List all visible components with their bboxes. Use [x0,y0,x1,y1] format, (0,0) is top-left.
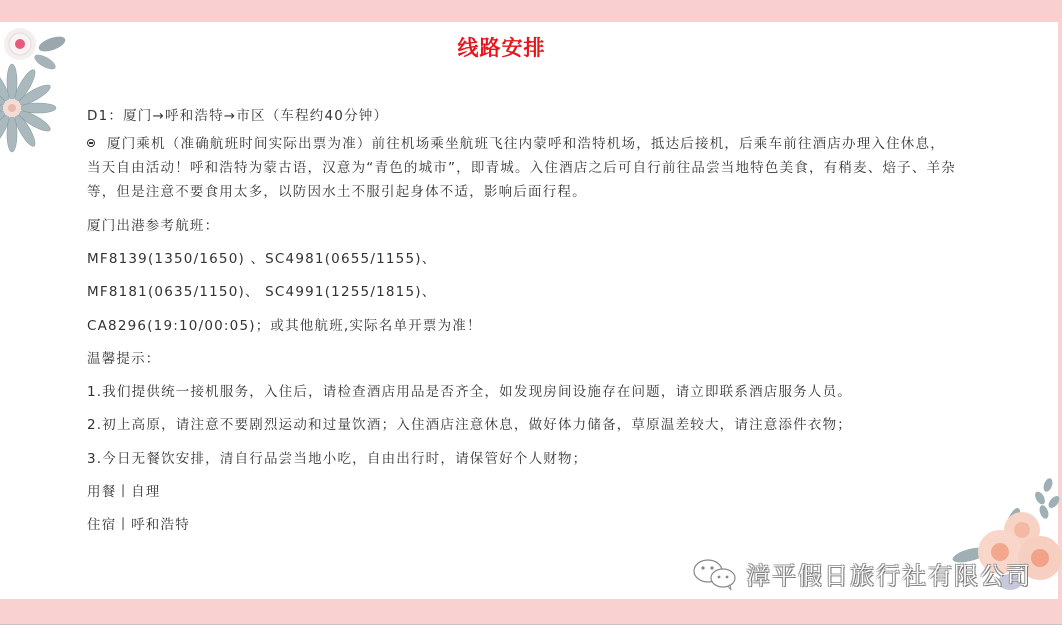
lodging-info: 住宿丨呼和浩特 [87,513,190,533]
circle-bullet-icon [87,139,95,147]
company-name: 漳平假日旅行社有限公司 [746,556,1032,591]
watermark: 漳平假日旅行社有限公司 [690,556,1032,591]
flight-line-1: MF8139(1350/1650) 、SC4981(0655/1155)、 [87,247,436,267]
tip-item-2: 2.初上高原，请注意不要剧烈运动和过量饮酒；入住酒店注意休息，做好体力储备，草原… [87,413,852,433]
meals-info: 用餐丨自理 [87,480,161,500]
bottom-pink-band [0,599,1062,625]
flight-line-2: MF8181(0635/1150)、 SC4991(1255/1815)、 [87,280,436,300]
day-header: D1：厦门→呼和浩特→市区（车程约40分钟） [87,104,388,124]
description-text: 厦门乘机（准确航班时间实际出票为准）前往机场乘坐航班飞往内蒙呼和浩特机场，抵达后… [87,136,956,200]
flights-label: 厦门出港参考航班： [87,214,219,234]
flight-line-3: CA8296(19:10/00:05)；或其他航班,实际名单开票为准！ [87,314,482,334]
top-pink-band [0,0,1062,22]
tip-item-3: 3.今日无餐饮安排，清自行品尝当地小吃，自由出行时，请保管好个人财物； [87,447,587,467]
tips-label: 温馨提示： [87,347,161,367]
tip-item-1: 1.我们提供统一接机服务，入住后，请检查酒店用品是否齐全，如发现房间设施存在问题… [87,380,852,400]
wechat-icon [690,557,742,591]
day-description: 厦门乘机（准确航班时间实际出票为准）前往机场乘坐航班飞往内蒙呼和浩特机场，抵达后… [87,132,957,204]
page-title: 线路安排 [0,32,1003,62]
